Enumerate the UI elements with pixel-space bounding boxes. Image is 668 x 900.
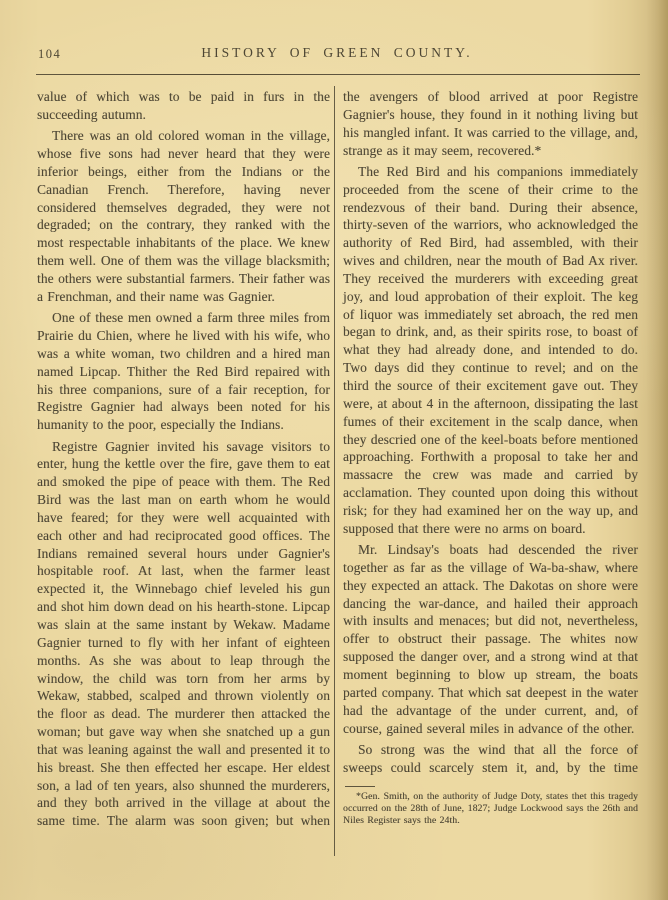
paragraph: There was an old colored woman in the vi…	[37, 127, 330, 305]
paragraph: Registre Gagnier invited his savage visi…	[37, 438, 330, 831]
paragraph: the avengers of blood arrived at poor Re…	[343, 88, 638, 159]
paragraph: So strong was the wind that all the forc…	[343, 741, 638, 777]
running-head-title: HISTORY OF GREEN COUNTY.	[36, 45, 638, 61]
paragraph: Mr. Lindsay's boats had descended the ri…	[343, 541, 638, 737]
page-edge-shadow	[646, 0, 668, 900]
column-divider-rule	[334, 86, 335, 856]
right-column: the avengers of blood arrived at poor Re…	[343, 88, 638, 830]
paragraph: value of which was to be paid in furs in…	[37, 88, 330, 124]
footnote-separator-rule	[345, 786, 375, 787]
footnote-block: *Gen. Smith, on the authority of Judge D…	[343, 786, 638, 827]
header-rule	[36, 74, 640, 75]
left-column: value of which was to be paid in furs in…	[37, 88, 330, 834]
book-page-scan: 104 HISTORY OF GREEN COUNTY. value of wh…	[0, 0, 668, 900]
paragraph: One of these men owned a farm three mile…	[37, 309, 330, 434]
page-header: 104 HISTORY OF GREEN COUNTY.	[36, 44, 638, 64]
footnote-text: *Gen. Smith, on the authority of Judge D…	[343, 791, 638, 827]
paragraph: The Red Bird and his companions immediat…	[343, 163, 638, 538]
